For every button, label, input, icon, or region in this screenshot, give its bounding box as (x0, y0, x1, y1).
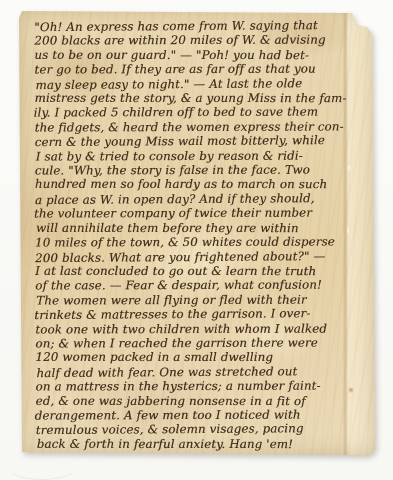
manuscript-line: may sleep easy to night." — At last the … (35, 76, 356, 93)
manuscript-line: will annihilate them before they are wit… (36, 221, 357, 236)
paper-shadow: "Oh! An express has come from W. saying … (0, 0, 393, 480)
manuscript-line: I at last concluded to go out & learn th… (35, 264, 357, 279)
manuscript-line: ed, & one was jabbering nonsense in a fi… (36, 393, 358, 408)
manuscript-line: tremulous voices, & solemn visages, paci… (36, 421, 358, 438)
manuscript-line: took one with two children with whom I w… (35, 321, 357, 337)
manuscript-line: 10 miles of the town, & 50 whites could … (35, 235, 357, 251)
manuscript-line: half dead with fear. One was stretched o… (36, 364, 357, 381)
manuscript-line: cule. "Why, the story is false in the fa… (35, 163, 357, 179)
manuscript-line: 200 blacks are within 20 miles of W. & a… (34, 33, 356, 49)
manuscript-line: on a mattress in the hysterics; a number… (36, 379, 358, 395)
manuscript-line: cern & the young Miss wail most bitterly… (35, 133, 357, 150)
manuscript-line: 120 women packed in a small dwelling (35, 350, 357, 365)
manuscript-line: mistress gets the story, & a young Miss … (35, 91, 357, 106)
manuscript-line: ter go to bed. If they are as far off as… (34, 62, 356, 78)
manuscript-line: back & forth in fearful anxiety. Hang 'e… (37, 437, 358, 452)
manuscript-line: the volunteer company of twice their num… (34, 206, 357, 222)
manuscript-line: of the case. — Fear & despair, what conf… (35, 278, 357, 294)
manuscript-line: us to be on our guard." — "Poh! you had … (34, 48, 356, 63)
manuscript-line: "Oh! An express has come from W. saying … (34, 18, 356, 35)
manuscript-line: a place as W. in open day? And if they s… (35, 191, 357, 208)
manuscript-line: I sat by & tried to console by reason & … (36, 148, 357, 164)
manuscript-text-block: "Oh! An express has come from W. saying … (34, 18, 358, 451)
manuscript-line: on; & when I reached the garrison there … (35, 335, 357, 351)
manuscript-line: 200 blacks. What are you frightened abou… (35, 248, 357, 265)
manuscript-line: ily. I packed 5 children off to bed to s… (34, 105, 357, 121)
manuscript-line: hundred men so fool hardy as to march on… (35, 177, 357, 192)
manuscript-line: trinkets & mattresses to the garrison. I… (34, 306, 357, 323)
scanned-document: "Oh! An express has come from W. saying … (0, 0, 393, 480)
manuscript-page: "Oh! An express has come from W. saying … (18, 8, 376, 456)
